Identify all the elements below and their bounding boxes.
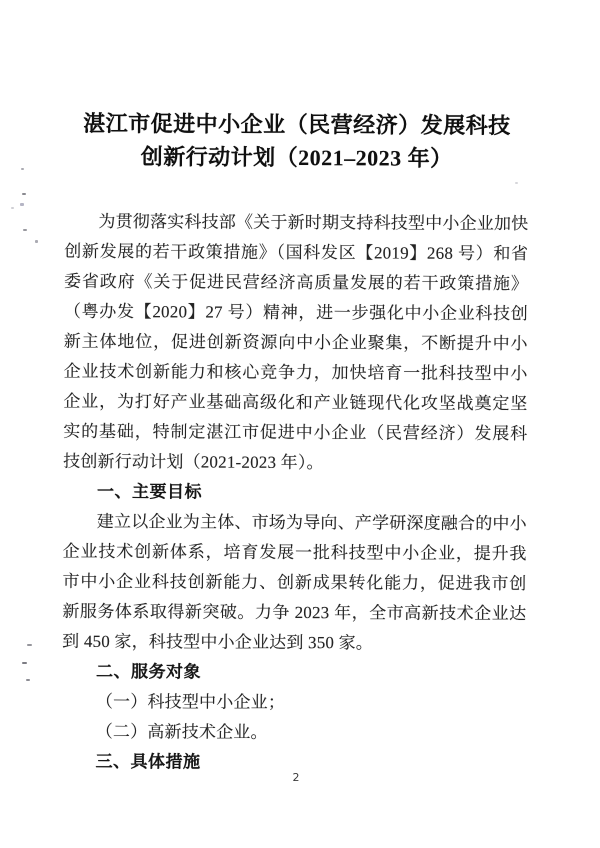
section-2-item-2: （二）高新技术企业。 <box>62 717 526 749</box>
scan-speck <box>35 240 38 243</box>
scan-speck <box>23 229 27 231</box>
scan-speck <box>27 644 32 646</box>
scanned-document-page: 湛江市促进中小企业（民营经济）发展科技 创新行动计划（2021–2023 年） … <box>0 0 600 848</box>
section-2-heading: 二、服务对象 <box>62 657 526 689</box>
scan-speck <box>20 203 24 206</box>
section-1-body: 建立以企业为主体、市场为导向、产学研深度融合的中小企业技术创新体系，培育发展一批… <box>62 507 527 659</box>
scan-speck <box>515 182 518 184</box>
scan-speck <box>22 193 26 195</box>
page-number: 2 <box>286 771 306 784</box>
section-2-item-1: （一）科技型中小企业； <box>62 687 526 719</box>
document-content: 湛江市促进中小企业（民营经济）发展科技 创新行动计划（2021–2023 年） … <box>61 107 529 779</box>
scan-speck <box>22 662 27 664</box>
document-title-line-1: 湛江市促进中小企业（民营经济）发展科技 <box>65 107 529 142</box>
scan-speck <box>11 207 14 209</box>
section-1-heading: 一、主要目标 <box>63 477 527 509</box>
document-title-line-2: 创新行动计划（2021–2023 年） <box>65 140 529 175</box>
scan-speck <box>26 679 30 681</box>
scan-speck <box>21 168 24 170</box>
intro-paragraph: 为贯彻落实科技部《关于新时期支持科技型中小企业加快创新发展的若干政策措施》（国科… <box>63 207 528 479</box>
document-title: 湛江市促进中小企业（民营经济）发展科技 创新行动计划（2021–2023 年） <box>65 107 529 175</box>
